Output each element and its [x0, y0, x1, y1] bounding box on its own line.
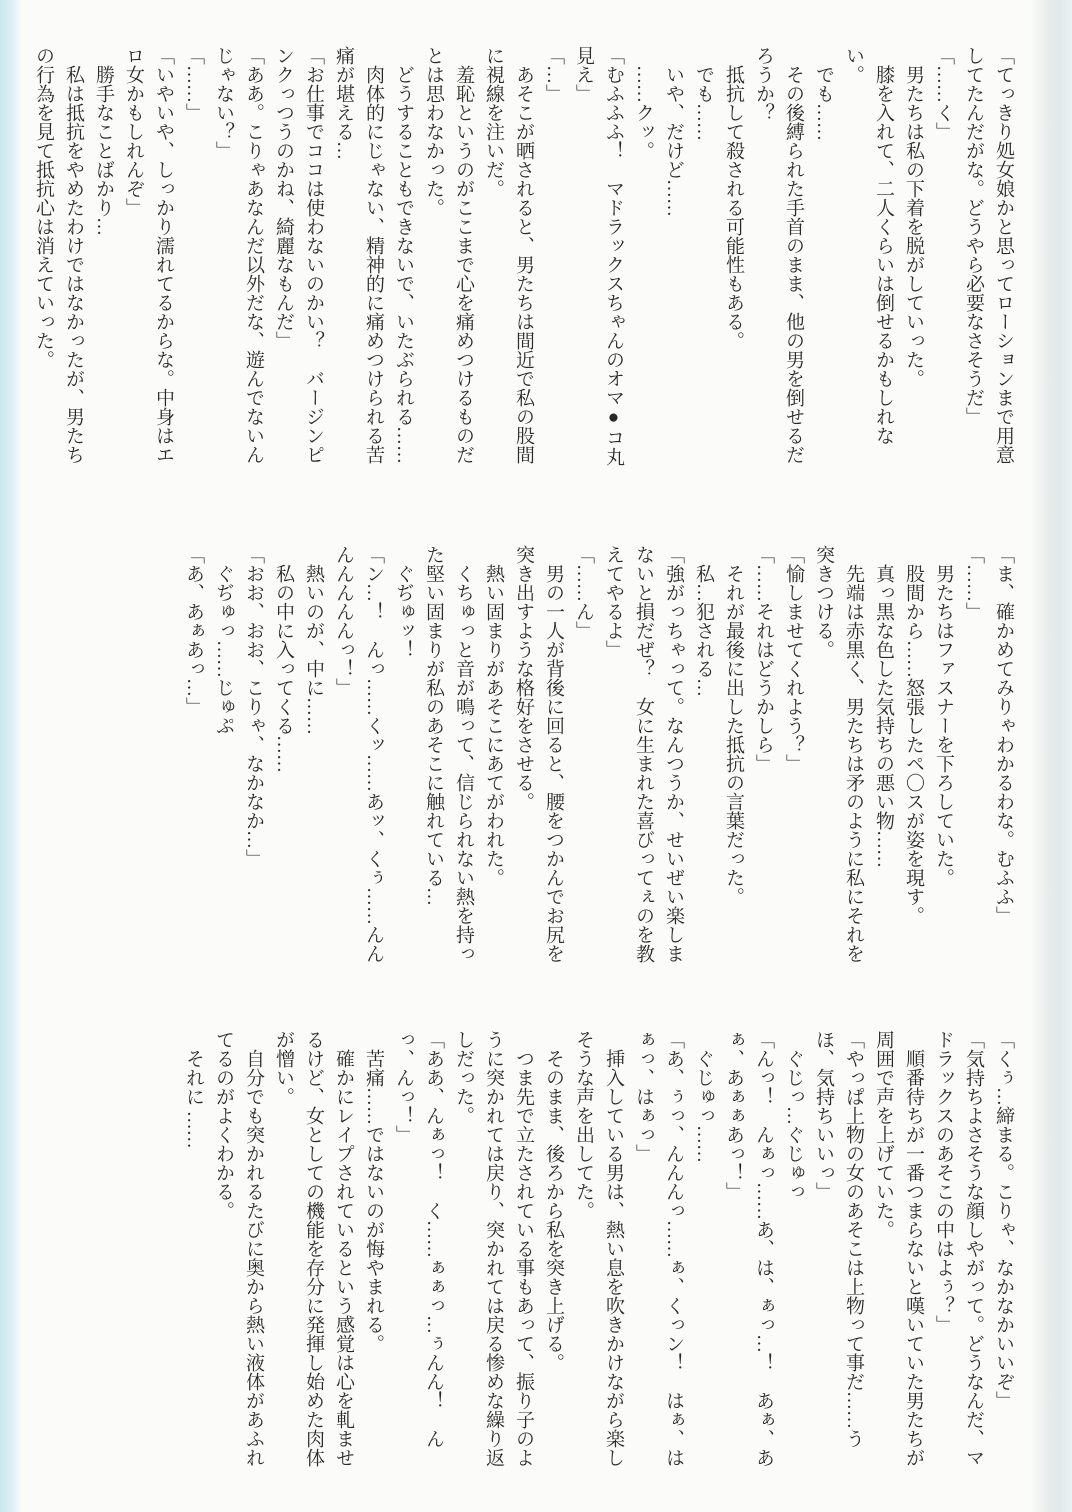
- paragraph-narration: つま先で立たされている事もあって、振り子のように突かれては戻り、突かれては戻る惨…: [448, 1030, 538, 1470]
- paragraph-narration: 男たちはファスナーを下ろしていた。: [928, 545, 958, 972]
- paragraph-dialogue: 「んっ！ んぁっ……あ、は、ぁっ…！ あぁ、あぁ、あぁぁあっ！」: [718, 1030, 778, 1470]
- paragraph-dialogue: 「…」: [538, 46, 568, 466]
- paragraph-dialogue: 「ああ。こりゃあなんだ以外だな、遊んでないんじゃない？」: [208, 46, 268, 466]
- paragraph-sfx: ぐぢゅッ！: [388, 545, 418, 972]
- paragraph-narration: それが最後に出した抵抗の言葉だった。: [718, 545, 748, 972]
- paragraph-dialogue: 「ン…！ んっ……くッ……あッ、くぅ……んんんんんんんっ！」: [328, 545, 388, 972]
- paragraph-narration: 抵抗して殺される可能性もある。: [718, 46, 748, 466]
- paragraph-narration: 苦痛……ではないのが悔やまれる。: [358, 1030, 388, 1470]
- paragraph-dialogue: 「……」: [178, 46, 208, 466]
- paragraph-dialogue: 「……ん」: [568, 545, 598, 972]
- paragraph-narration: でも……: [808, 46, 838, 466]
- paragraph-dialogue: 「強がっちゃって。なんつうか、せいぜい楽しまないと損だぜ？ 女に生まれた喜びって…: [598, 545, 688, 972]
- paragraph-narration: 肉体的にじゃない、精神的に痛めつけられる苦痛が堪える…: [328, 46, 388, 466]
- paragraph-narration: それに ……: [178, 1030, 208, 1470]
- text-block-top: 「てっきり処女娘かと思ってローションまで用意してたんだがな。どうやら必要なさそう…: [28, 46, 1018, 466]
- paragraph-narration: 真っ黒な色した気持ちの悪い物……: [868, 545, 898, 972]
- novel-page: 「てっきり処女娘かと思ってローションまで用意してたんだがな。どうやら必要なさそう…: [0, 0, 1072, 1512]
- paragraph-narration: 私の中に入ってくる……: [268, 545, 298, 972]
- paragraph-dialogue: 「あ、あぁあっ…」: [178, 545, 208, 972]
- paragraph-narration: 確かにレイプされているという感覚は心を軋ませるけど、女としての機能を存分に発揮し…: [268, 1030, 358, 1470]
- paragraph-dialogue: 「やっぱ上物の女のあそこは上物って事だ……うほ、気持ちいいっ」: [808, 1030, 868, 1470]
- text-block-bottom: 「くぅ…締まる。こりゃ、なかなかいいぞ」「気持ちよさそうな顔しやがって。どうなん…: [178, 1030, 1018, 1470]
- paragraph-sfx: ぐぢゅっ……じゅぷ: [208, 545, 238, 972]
- paragraph-narration: 自分でも突かれるたびに奥から熱い液体があふれてるのがよくわかる。: [208, 1030, 268, 1470]
- paragraph-dialogue: 「愉しませてくれよう？」: [778, 545, 808, 972]
- paragraph-narration: その後縛られた手首のまま、他の男を倒せるだろうか？: [748, 46, 808, 466]
- paragraph-narration: 私…犯される…: [688, 545, 718, 972]
- paragraph-dialogue: 「……」: [958, 545, 988, 972]
- paragraph-narration: 勝手なことばかり…: [88, 46, 118, 466]
- paragraph-narration: 熱い固まりがあそこにあてがわれた。: [478, 545, 508, 972]
- page-right-gutter: [1030, 0, 1072, 1512]
- paragraph-narration: くちゅっと音が鳴って、信じられない熱を持った堅い固まりが私のあそこに触れている…: [418, 545, 478, 972]
- paragraph-narration: 先端は赤黒く、男たちは矛のように私にそれを突きつける。: [808, 545, 868, 972]
- paragraph-dialogue: 「お仕事でココは使わないのかい？ バージンピンクっつうのかね、綺麗なもんだ」: [268, 46, 328, 466]
- paragraph-narration: 熱いのが、中に……: [298, 545, 328, 972]
- paragraph-narration: ……クッ。: [628, 46, 658, 466]
- paragraph-dialogue: 「ま、確かめてみりゃわかるわな。むふふ」: [988, 545, 1018, 972]
- paragraph-narration: 私は抵抗をやめたわけではなかったが、男たちの行為を見て抵抗心は消えていった。: [28, 46, 88, 466]
- paragraph-narration: そのまま、後ろから私を突き上げる。: [538, 1030, 568, 1470]
- paragraph-dialogue: 「くぅ…締まる。こりゃ、なかなかいいぞ」: [988, 1030, 1018, 1470]
- paragraph-dialogue: 「おお、おお、こりゃ、なかなか…」: [238, 545, 268, 972]
- paragraph-narration: でも……: [688, 46, 718, 466]
- paragraph-narration: 男たちは私の下着を脱がしていった。: [898, 46, 928, 466]
- paragraph-narration: 膝を入れて、二人くらいは倒せるかもしれない。: [838, 46, 898, 466]
- paragraph-dialogue: 「……く」: [928, 46, 958, 466]
- paragraph-narration: 順番待ちが一番つまらないと嘆いていた男たちが周囲で声を上げていた。: [868, 1030, 928, 1470]
- paragraph-dialogue: 「……それはどうかしら」: [748, 545, 778, 972]
- paragraph-narration: あそこが晒されると、男たちは間近で私の股間に視線を注いだ。: [478, 46, 538, 466]
- page-left-edge: [0, 0, 22, 1512]
- paragraph-sfx: ぐじゅっ……: [688, 1030, 718, 1470]
- paragraph-narration: 股間から……怒張したペ〇スが姿を現す。: [898, 545, 928, 972]
- paragraph-narration: 羞恥というのがここまで心を痛めつけるものだとは思わなかった。: [418, 46, 478, 466]
- paragraph-narration: どうすることもできないで、いたぶられる……: [388, 46, 418, 466]
- paragraph-narration: 男の一人が背後に回ると、腰をつかんでお尻を突き出すような格好をさせる。: [508, 545, 568, 972]
- paragraph-dialogue: 「気持ちよさそうな顔しやがって。どうなんだ、マドラックスのあそこの中はよぅ？」: [928, 1030, 988, 1470]
- paragraph-dialogue: 「むふふふ！ マドラックスちゃんのオマ●コ丸見え」: [568, 46, 628, 466]
- paragraph-dialogue: 「てっきり処女娘かと思ってローションまで用意してたんだがな。どうやら必要なさそう…: [958, 46, 1018, 466]
- paragraph-narration: 挿入している男は、熱い息を吹きかけながら楽しそうな声を出してた。: [568, 1030, 628, 1470]
- paragraph-narration: いや、だけど……: [658, 46, 688, 466]
- paragraph-dialogue: 「いやいや、しっかり濡れてるからな。中身はエロ女かもしれんぞ」: [118, 46, 178, 466]
- text-block-middle: 「ま、確かめてみりゃわかるわな。むふふ」「……」男たちはファスナーを下ろしていた…: [178, 545, 1018, 972]
- paragraph-dialogue: 「ああ、んぁっ！ く……ぁぁっ…ぅんん！ んっ、んっ！」: [388, 1030, 448, 1470]
- paragraph-dialogue: 「あ、ぅっ、んんんっ……ぁ、くっン！ はぁ、はぁっ、はぁっ」: [628, 1030, 688, 1470]
- paragraph-sfx: ぐじっ…ぐじゅっ: [778, 1030, 808, 1470]
